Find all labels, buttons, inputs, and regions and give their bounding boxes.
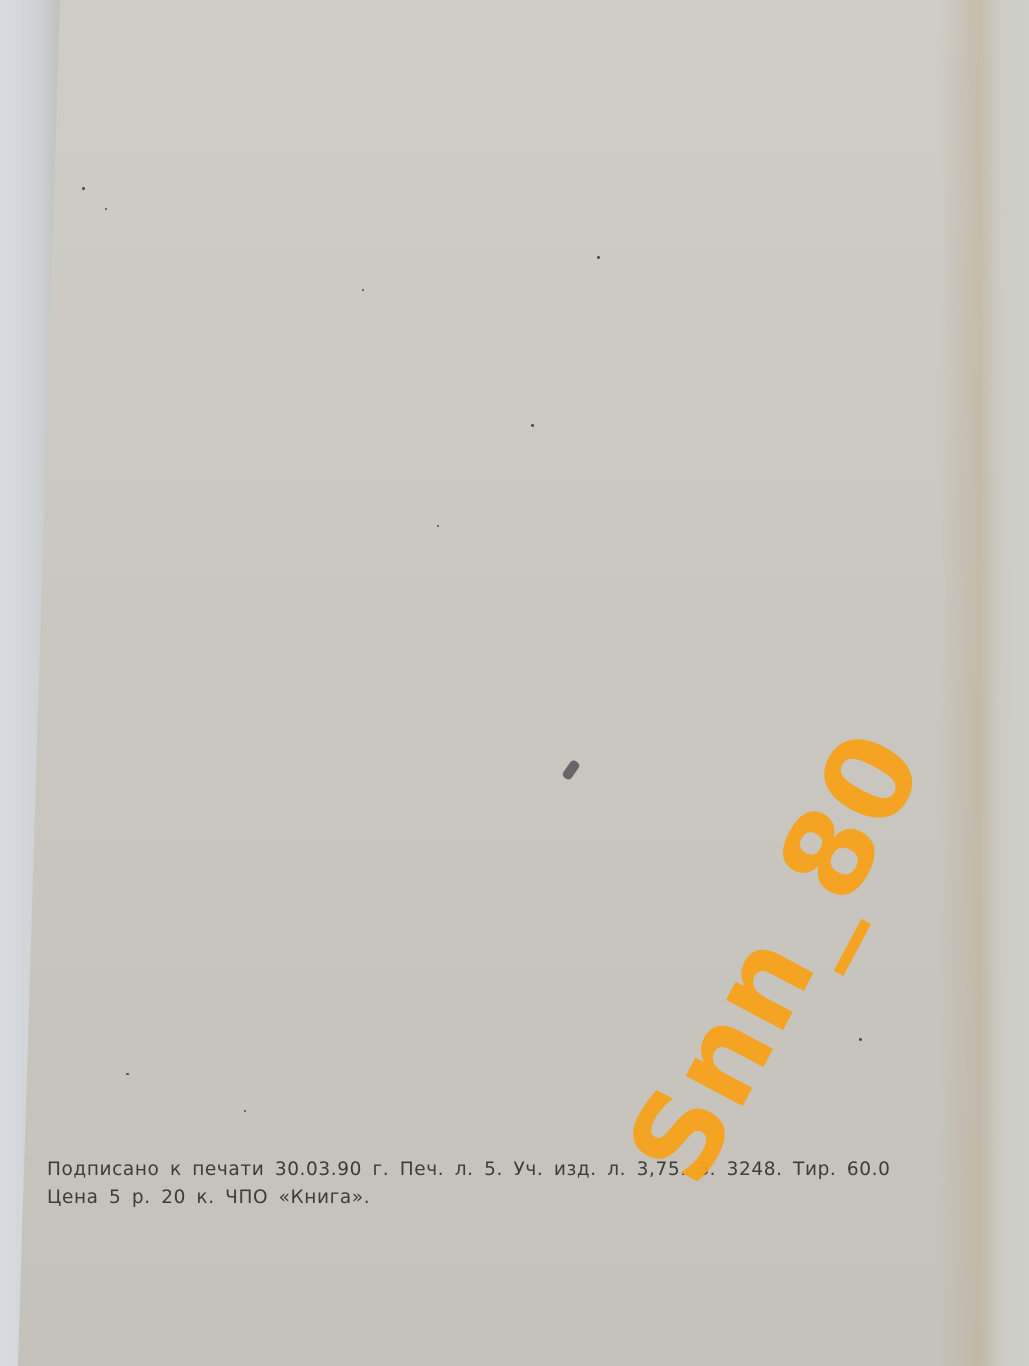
paper-speck	[437, 525, 439, 527]
paper-speck	[859, 1038, 862, 1041]
imprint-line-2: Цена 5 р. 20 к. ЧПО «Книга».	[47, 1184, 1029, 1212]
paper-speck	[362, 289, 364, 291]
imprint-block: Подписано к печати 30.03.90 г. Печ. л. 5…	[47, 1156, 1029, 1212]
paper-speck	[105, 208, 107, 210]
paper-speck	[126, 1073, 129, 1075]
paper-speck	[82, 187, 85, 190]
imprint-line-1: Подписано к печати 30.03.90 г. Печ. л. 5…	[47, 1156, 1029, 1184]
paper-speck	[597, 256, 600, 259]
paper-speck	[244, 1110, 246, 1112]
paper-speck	[531, 424, 534, 427]
